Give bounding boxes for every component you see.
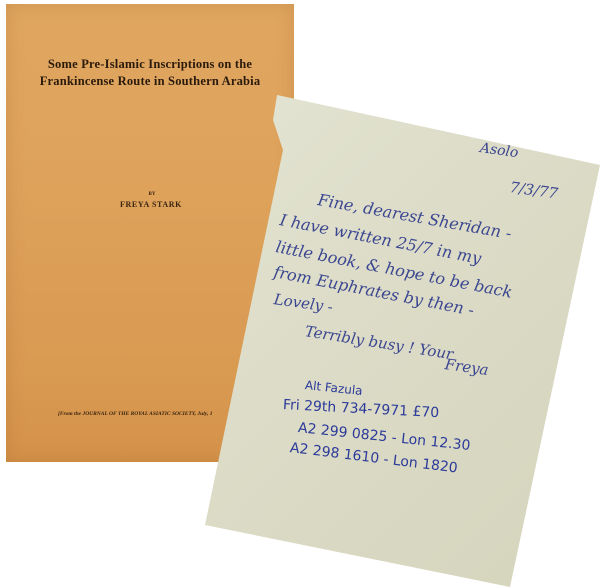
title-line-1: Some Pre-Islamic Inscriptions on the — [6, 56, 294, 73]
pamphlet-title: Some Pre-Islamic Inscriptions on the Fra… — [6, 56, 294, 90]
journal-citation: [From the JOURNAL OF THE ROYAL ASIATIC S… — [58, 411, 213, 417]
author-name: FREYA STARK — [86, 200, 216, 209]
title-line-2: Frankincense Route in Southern Arabia — [6, 73, 294, 90]
by-label: BY — [102, 192, 202, 197]
